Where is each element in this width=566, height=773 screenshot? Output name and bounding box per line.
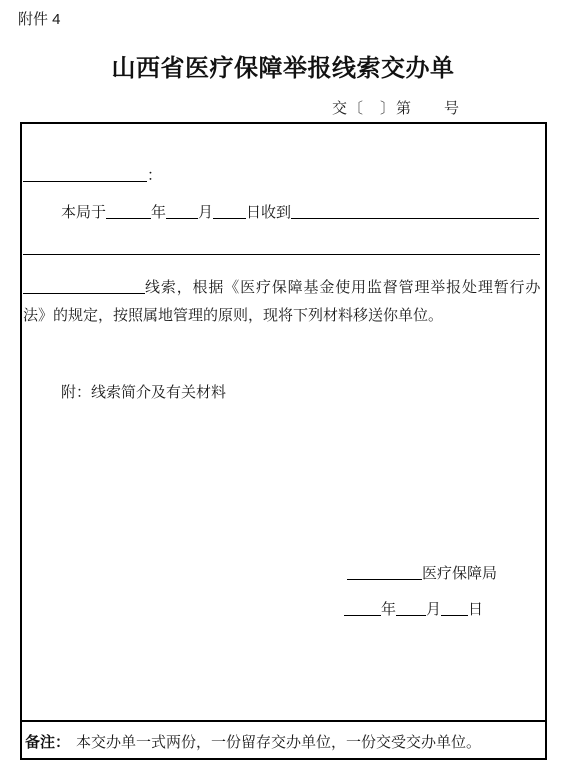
attachment-note: 附：线索简介及有关材料 [61, 383, 226, 403]
signature-month-label: 月 [426, 602, 441, 618]
received-source-blank [291, 205, 539, 219]
remark-text: 本交办单一式两份，一份留存交办单位，一份交受交办单位。 [76, 735, 481, 751]
received-year-blank [106, 205, 151, 219]
document-page: 附件 4 山西省医疗保障举报线索交办单 交〔 〕第 号 ： 本局于年月日收到 线… [0, 0, 566, 773]
remark-line: 备注：本交办单一式两份，一份留存交办单位，一份交受交办单位。 [25, 733, 481, 753]
clue-paragraph-line1: 线索，根据《医疗保障基金使用监督管理举报处理暂行办 [23, 278, 541, 298]
remark-label: 备注： [25, 735, 70, 751]
clue-name-blank [23, 280, 145, 294]
signature-org-blank [347, 566, 422, 580]
received-month-label: 月 [198, 205, 213, 221]
received-source-continuation-blank [23, 254, 540, 255]
clue-paragraph-line2: 法》的规定，按照属地管理的原则，现将下列材料移送你单位。 [23, 306, 443, 326]
received-year-label: 年 [151, 205, 166, 221]
received-date-line: 本局于年月日收到 [23, 203, 539, 223]
signature-day-blank [441, 602, 468, 616]
clue-paragraph-text1: 线索，根据《医疗保障基金使用监督管理举报处理暂行办 [145, 280, 541, 296]
received-prefix-label: 本局于 [61, 205, 106, 221]
received-day-blank [213, 205, 246, 219]
addressee-colon: ： [147, 168, 162, 184]
signature-org-line: 医疗保障局 [347, 564, 497, 584]
attachment-label: 附件 4 [18, 8, 61, 29]
received-day-label: 日收到 [246, 205, 291, 221]
signature-year-blank [344, 602, 381, 616]
signature-org-label: 医疗保障局 [422, 566, 497, 582]
signature-month-blank [396, 602, 426, 616]
received-month-blank [166, 205, 198, 219]
remark-divider-line [20, 720, 547, 722]
doc-number-line: 交〔 〕第 号 [332, 97, 460, 118]
form-border-box: ： 本局于年月日收到 线索，根据《医疗保障基金使用监督管理举报处理暂行办 法》的… [20, 122, 547, 760]
document-title: 山西省医疗保障举报线索交办单 [0, 48, 566, 83]
signature-year-label: 年 [381, 602, 396, 618]
signature-day-label: 日 [468, 602, 483, 618]
addressee-line: ： [23, 166, 162, 186]
signature-date-line: 年月日 [344, 600, 483, 620]
addressee-blank [23, 168, 147, 182]
